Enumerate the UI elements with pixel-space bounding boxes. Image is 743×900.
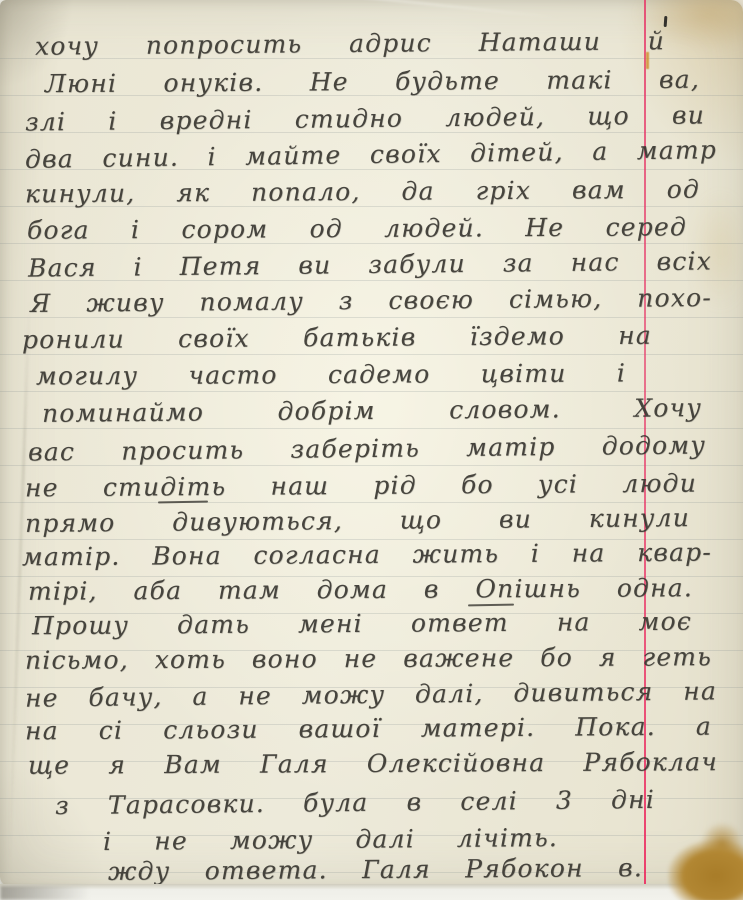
handwritten-line: з Тарасовки. була в селі 3 дні	[55, 782, 655, 826]
handwritten-line: поминаймо добрім словом. Хочу	[42, 390, 702, 434]
scanned-letter-page: { "document": { "kind": "handwritten-let…	[0, 0, 743, 900]
handwritten-line: кинули, як попало, да гріх вам од	[25, 172, 700, 215]
scan-bed-strip	[0, 884, 743, 900]
handwritten-line: могилу часто садемо цвіти і	[36, 355, 626, 396]
handwritten-line: ронили своїх батьків їздемо на	[22, 318, 652, 360]
handwritten-line: хочу попросить адрис Наташи й	[35, 23, 665, 66]
stain-bottom-right	[668, 840, 743, 900]
bottom-edge-shadow	[0, 886, 90, 900]
handwritten-line: ще я Вам Галя Олексійовна Рябоклач	[28, 744, 718, 786]
